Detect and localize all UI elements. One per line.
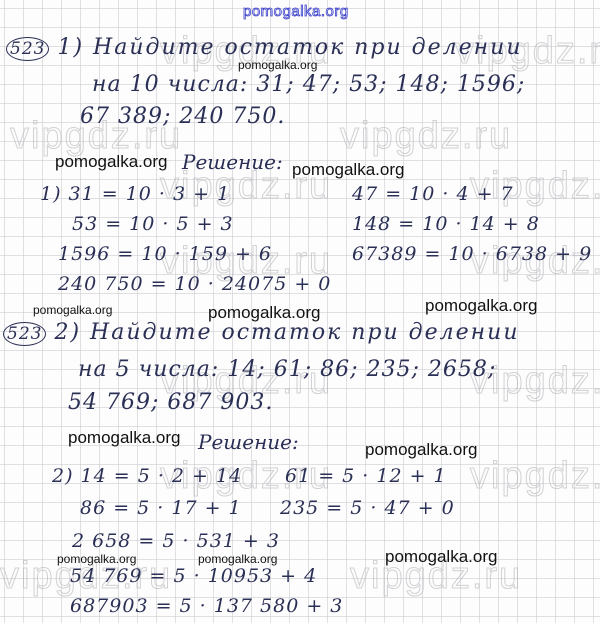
equation: 2 658 = 5 · 531 + 3 [72,530,280,552]
watermark: pomogalka.org [365,440,477,460]
equation: 240 750 = 10 · 24075 + 0 [58,273,331,295]
task-2-line-3: 54 769; 687 903. [68,390,273,415]
equation: 148 = 10 · 14 + 8 [352,213,540,235]
equation: 86 = 5 · 17 + 1 [80,497,242,519]
top-watermark: pomogalka.org [243,3,349,20]
task-2-line-1: 523 2) Найдите остаток при делении [3,320,520,346]
watermark: pomogalka.org [55,152,167,172]
task-2-title: 2) Найдите остаток при делении [54,320,519,345]
equation: 47 = 10 · 4 + 7 [352,183,514,205]
solution-heading: Решение: [182,150,283,174]
equation: 54 769 = 5 · 10953 + 4 [70,565,317,587]
watermark: pomogalka.org [238,58,317,72]
background-watermark: vipgdz.ru [340,115,512,158]
watermark: pomogalka.org [292,160,404,180]
equation: 53 = 10 · 5 + 3 [72,213,234,235]
task-2-line-2: на 5 числа: 14; 61; 86; 235; 2658; [78,357,496,382]
watermark: pomogalka.org [425,296,537,316]
background-watermark: vipgdz.ru [470,455,600,498]
watermark: pomogalka.org [208,303,320,323]
equation: 2) 14 = 5 · 2 + 14 [52,465,242,487]
exercise-number: 523 [6,37,49,61]
watermark: pomogalka.org [385,547,497,567]
watermark: pomogalka.org [57,552,136,566]
equation: 61 = 5 · 12 + 1 [285,465,447,487]
task-1-title: 1) Найдите остаток при делении [57,35,522,60]
watermark: pomogalka.org [68,428,180,448]
task-1-line-3: 67 389; 240 750. [80,104,285,129]
equation: 687903 = 5 · 137 580 + 3 [70,595,343,617]
solution-heading: Решение: [198,430,299,454]
task-1-line-2: на 10 числа: 31; 47; 53; 148; 1596; [92,72,525,97]
equation: 1) 31 = 10 · 3 + 1 [40,183,230,205]
equation: 1596 = 10 · 159 + 6 [58,243,272,265]
watermark: pomogalka.org [33,303,112,317]
exercise-number: 523 [3,322,46,346]
watermark: pomogalka.org [198,552,277,566]
equation: 235 = 5 · 47 + 0 [280,497,455,519]
equation: 67389 = 10 · 6738 + 9 [352,243,592,265]
